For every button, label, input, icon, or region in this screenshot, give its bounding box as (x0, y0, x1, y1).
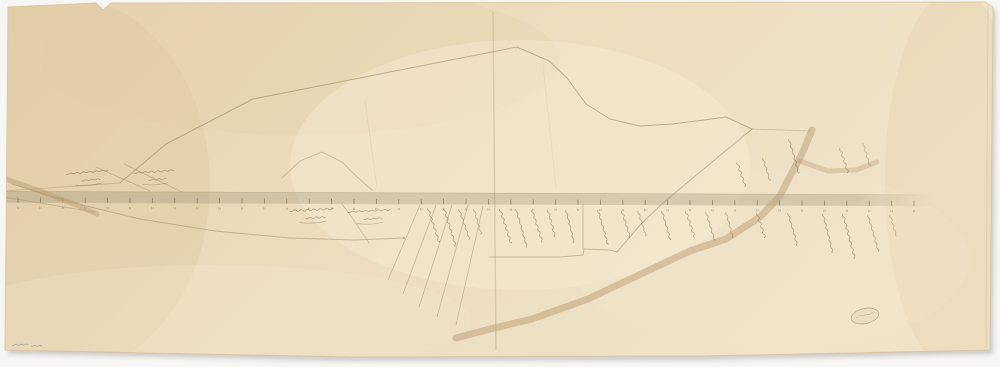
scanned-map-page (0, 0, 1000, 367)
historical-road-plan-scan (0, 0, 1000, 367)
line-end-dot (403, 237, 405, 239)
paper-sheet (0, 0, 1000, 367)
